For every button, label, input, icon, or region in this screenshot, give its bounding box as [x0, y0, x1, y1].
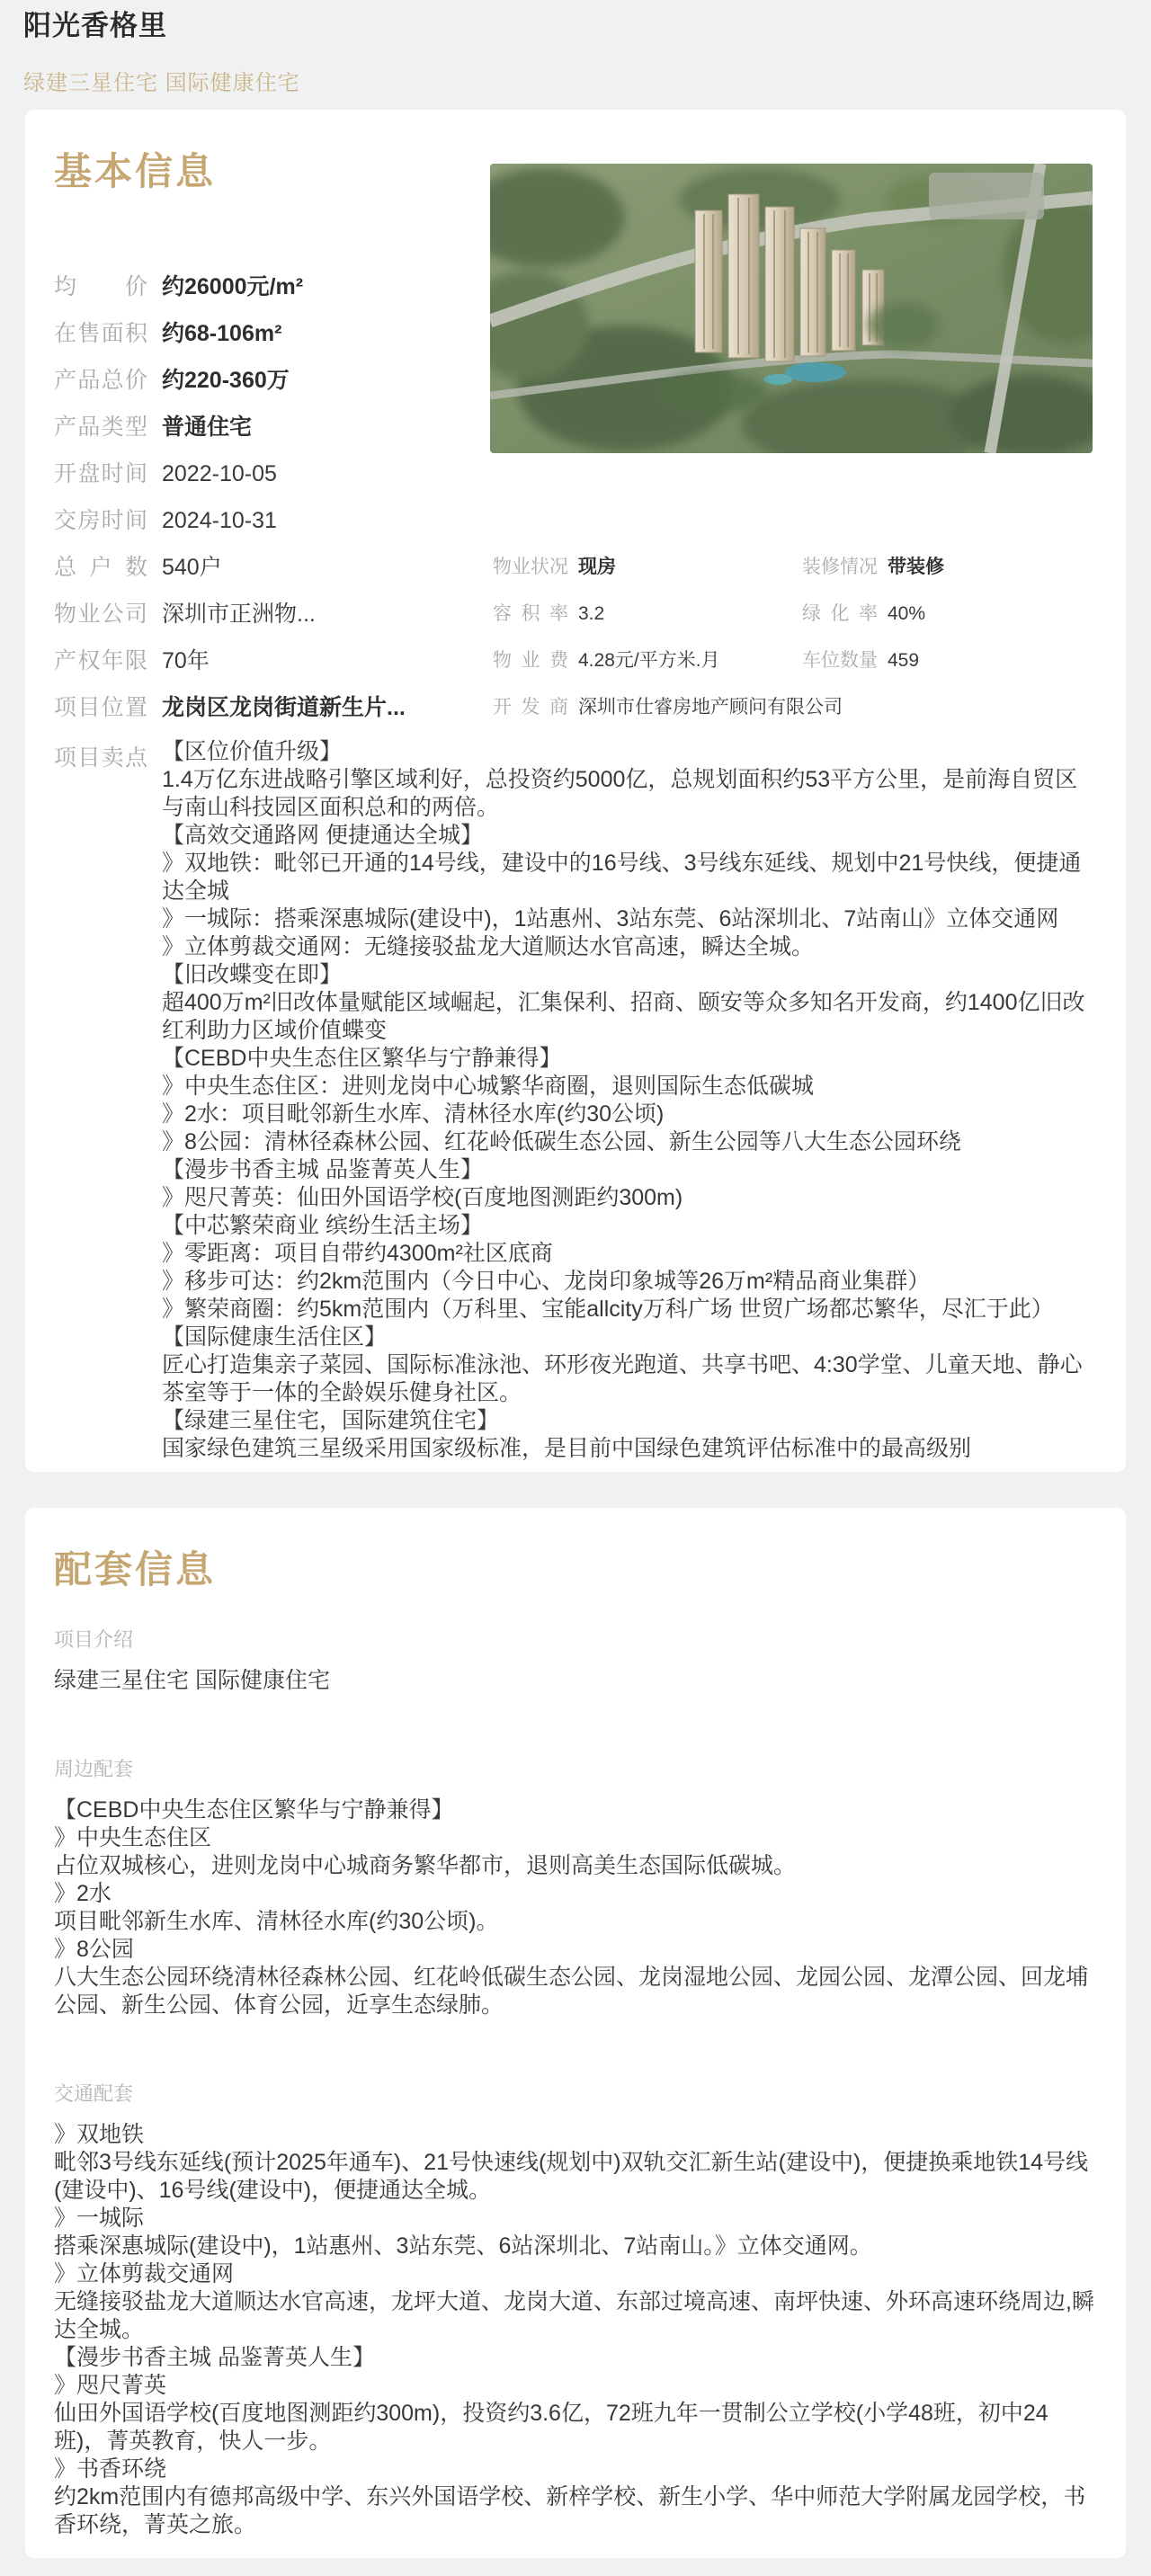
selling-point-line: 【旧改蝶变在即】	[162, 961, 1097, 989]
selling-point-line: 》移步可达：约2km范围内（今日中心、龙岗印象城等26万m²精品商业集群）	[162, 1268, 1097, 1296]
basic-info-row: 项目位置龙岗区龙岗街道新生片...开发商深圳市仕睿房地产顾问有限公司	[54, 682, 1101, 729]
basic-info-row: 物业公司深圳市正洲物...容积率3.2绿化率40%	[54, 589, 1101, 636]
facilities-card: 配套信息 项目介绍绿建三星住宅 国际健康住宅周边配套【CEBD中央生态住区繁华与…	[25, 1508, 1126, 2558]
selling-points-text: 【区位价值升级】1.4万亿东进战略引擎区域利好，总投资约5000亿，总规划面积约…	[162, 738, 1097, 1463]
selling-point-line: 【区位价值升级】	[162, 738, 1097, 766]
field-value: 2024-10-31	[162, 508, 277, 534]
basic-info-row: 开盘时间2022-10-05	[54, 449, 1101, 495]
selling-point-line: 1.4万亿东进战略引擎区域利好，总投资约5000亿，总规划面积约53平方公里，是…	[162, 766, 1097, 822]
selling-point-line: 》中央生态住区：进则龙岗中心城繁华商圈，退则国际生态低碳城	[162, 1073, 1097, 1101]
basic-info-row: 总户数540户物业状况现房装修情况带装修	[54, 542, 1101, 589]
field-cell: 车位数量459	[802, 646, 1101, 673]
selling-points-label: 项目卖点	[54, 738, 147, 772]
field-label: 均价	[54, 269, 147, 301]
field-label: 产权年限	[54, 643, 147, 675]
facility-section-line: 无缝接驳盐龙大道顺达水官高速，龙坪大道、龙岗大道、东部过境高速、南坪快速、外环高…	[54, 2288, 1099, 2344]
field-value: 2022-10-05	[162, 461, 277, 487]
field-value: 约68-106m²	[162, 316, 281, 348]
selling-points-row: 项目卖点【区位价值升级】1.4万亿东进战略引擎区域利好，总投资约5000亿，总规…	[54, 729, 1101, 1463]
basic-info-row: 均价约26000元/m²	[54, 262, 1101, 308]
facility-section-body: 【CEBD中央生态住区繁华与宁静兼得】》中央生态住区占位双城核心，进则龙岗中心城…	[54, 1796, 1099, 2019]
facility-section-line: 项目毗邻新生水库、清林径水库(约30公顷)。	[54, 1908, 1099, 1936]
field-cell: 产品类型普通住宅	[54, 409, 493, 441]
field-value: 普通住宅	[162, 409, 252, 441]
field-value: 深圳市正洲物...	[162, 596, 316, 628]
basic-info-row: 产权年限70年物业费4.28元/平方米.月车位数量459	[54, 636, 1101, 682]
facility-section-label: 周边配套	[54, 1754, 1099, 1782]
field-value: 龙岗区龙岗街道新生片...	[162, 690, 406, 722]
basic-info-fields: 均价约26000元/m²在售面积约68-106m²产品总价约220-360万产品…	[54, 262, 1101, 1463]
selling-point-line: 【漫步书香主城 品鉴菁英人生】	[162, 1156, 1097, 1184]
basic-info-heading: 基本信息	[54, 142, 216, 196]
facility-section-body: 绿建三星住宅 国际健康住宅	[54, 1667, 1099, 1695]
facility-section-label: 交通配套	[54, 2079, 1099, 2107]
field-label: 开发商	[493, 692, 568, 719]
selling-point-line: 》零距离：项目自带约4300m²社区底商	[162, 1240, 1097, 1268]
facility-section-line: 》一城际	[54, 2205, 1099, 2233]
page-subtitle: 绿建三星住宅 国际健康住宅	[23, 65, 1151, 96]
selling-point-line: 》一城际：搭乘深惠城际(建设中)，1站惠州、3站东莞、6站深圳北、7站南山》立体…	[162, 905, 1097, 933]
facility-section: 交通配套》双地铁毗邻3号线东延线(预计2025年通车)、21号快速线(规划中)双…	[54, 2079, 1099, 2539]
selling-point-line: 国家绿色建筑三星级采用国家级标准，是目前中国绿色建筑评估标准中的最高级别	[162, 1435, 1097, 1463]
field-cell: 总户数540户	[54, 549, 493, 582]
field-value: 540户	[162, 549, 222, 582]
field-value: 深圳市仕睿房地产顾问有限公司	[578, 692, 843, 719]
field-label: 交房时间	[54, 503, 147, 535]
field-value: 约220-360万	[162, 362, 290, 395]
field-cell: 物业状况现房	[493, 552, 802, 579]
field-label: 在售面积	[54, 316, 147, 348]
selling-point-line: 【高效交通路网 便捷通达全城】	[162, 822, 1097, 850]
facility-section: 项目介绍绿建三星住宅 国际健康住宅	[54, 1625, 1099, 1695]
selling-point-line: 》立体剪裁交通网：无缝接驳盐龙大道顺达水官高速，瞬达全城。	[162, 933, 1097, 961]
basic-info-card: 基本信息	[25, 110, 1126, 1472]
field-label: 物业费	[493, 646, 568, 673]
field-label: 总户数	[54, 549, 147, 582]
field-cell: 开发商深圳市仕睿房地产顾问有限公司	[493, 692, 802, 719]
field-label: 物业公司	[54, 596, 147, 628]
field-cell: 物业费4.28元/平方米.月	[493, 646, 802, 673]
selling-point-line: 【中芯繁荣商业 缤纷生活主场】	[162, 1212, 1097, 1240]
field-cell: 项目位置龙岗区龙岗街道新生片...	[54, 690, 493, 722]
field-cell: 产品总价约220-360万	[54, 362, 493, 395]
selling-point-line: 匠心打造集亲子菜园、国际标准泳池、环形夜光跑道、共享书吧、4:30学堂、儿童天地…	[162, 1351, 1097, 1407]
field-cell: 在售面积约68-106m²	[54, 316, 493, 348]
field-label: 物业状况	[493, 552, 568, 579]
selling-point-line: 【CEBD中央生态住区繁华与宁静兼得】	[162, 1045, 1097, 1073]
facility-section-line: 绿建三星住宅 国际健康住宅	[54, 1667, 1099, 1695]
basic-info-row: 交房时间2024-10-31	[54, 495, 1101, 542]
field-value: 现房	[578, 552, 616, 579]
facility-section-line: 约2km范围内有德邦高级中学、东兴外国语学校、新梓学校、新生小学、华中师范大学附…	[54, 2483, 1099, 2539]
page-header: 阳光香格里 绿建三星住宅 国际健康住宅	[0, 0, 1151, 96]
field-label: 项目位置	[54, 690, 147, 722]
facility-section-line: 搭乘深惠城际(建设中)，1站惠州、3站东莞、6站深圳北、7站南山。》立体交通网。	[54, 2233, 1099, 2260]
field-cell: 开盘时间2022-10-05	[54, 456, 493, 488]
field-label: 产品总价	[54, 362, 147, 395]
selling-point-line: 》双地铁：毗邻已开通的14号线，建设中的16号线、3号线东延线、规划中21号快线…	[162, 850, 1097, 905]
field-cell: 交房时间2024-10-31	[54, 503, 493, 535]
facility-section-line: 占位双城核心，进则龙岗中心城商务繁华都市，退则高美生态国际低碳城。	[54, 1852, 1099, 1880]
field-label: 容积率	[493, 599, 568, 626]
selling-point-line: 》繁荣商圈：约5km范围内（万科里、宝能allcity万科广场 世贸广场都芯繁华…	[162, 1296, 1097, 1324]
field-value: 带装修	[888, 552, 944, 579]
field-value: 70年	[162, 643, 210, 675]
field-value: 约26000元/m²	[162, 269, 303, 301]
basic-info-row: 产品总价约220-360万	[54, 355, 1101, 402]
facility-section-line: 》中央生态住区	[54, 1824, 1099, 1852]
facilities-heading: 配套信息	[54, 1540, 216, 1594]
facility-section-line: 毗邻3号线东延线(预计2025年通车)、21号快速线(规划中)双轨交汇新生站(建…	[54, 2149, 1099, 2205]
facility-section-line: 》8公园	[54, 1936, 1099, 1964]
field-cell: 容积率3.2	[493, 599, 802, 626]
facility-section-body: 》双地铁毗邻3号线东延线(预计2025年通车)、21号快速线(规划中)双轨交汇新…	[54, 2121, 1099, 2539]
selling-point-line: 【国际健康生活住区】	[162, 1324, 1097, 1351]
field-cell: 产权年限70年	[54, 643, 493, 675]
field-value: 4.28元/平方米.月	[578, 646, 720, 673]
field-value: 40%	[888, 603, 925, 625]
facility-section-line: 》立体剪裁交通网	[54, 2260, 1099, 2288]
basic-info-row: 产品类型普通住宅	[54, 402, 1101, 449]
page-title: 阳光香格里	[23, 9, 1151, 42]
selling-point-line: 超400万m²旧改体量赋能区域崛起，汇集保利、招商、颐安等众多知名开发商，约14…	[162, 989, 1097, 1045]
field-label: 产品类型	[54, 409, 147, 441]
facility-section-line: 》书香环绕	[54, 2456, 1099, 2483]
page: 阳光香格里 绿建三星住宅 国际健康住宅 基本信息	[0, 0, 1151, 2576]
field-label: 绿化率	[802, 599, 878, 626]
facility-section-line: 【CEBD中央生态住区繁华与宁静兼得】	[54, 1796, 1099, 1824]
facility-section-label: 项目介绍	[54, 1625, 1099, 1653]
facility-section-line: 八大生态公园环绕清林径森林公园、红花岭低碳生态公园、龙岗湿地公园、龙园公园、龙潭…	[54, 1964, 1099, 2019]
facility-section-line: 》双地铁	[54, 2121, 1099, 2149]
field-cell: 装修情况带装修	[802, 552, 1101, 579]
facility-section-line: 仙田外国语学校(百度地图测距约300m)，投资约3.6亿，72班九年一贯制公立学…	[54, 2400, 1099, 2456]
field-cell: 均价约26000元/m²	[54, 269, 493, 301]
field-label: 车位数量	[802, 646, 878, 673]
facility-section-line: 》2水	[54, 1880, 1099, 1908]
field-cell: 物业公司深圳市正洲物...	[54, 596, 493, 628]
selling-point-line: 》8公园：清林径森林公园、红花岭低碳生态公园、新生公园等八大生态公园环绕	[162, 1128, 1097, 1156]
field-value: 459	[888, 650, 919, 672]
field-value: 3.2	[578, 603, 604, 625]
facility-section-line: 【漫步书香主城 品鉴菁英人生】	[54, 2344, 1099, 2372]
facilities-sections: 项目介绍绿建三星住宅 国际健康住宅周边配套【CEBD中央生态住区繁华与宁静兼得】…	[54, 1625, 1099, 2539]
selling-point-line: 》2水：项目毗邻新生水库、清林径水库(约30公顷)	[162, 1101, 1097, 1128]
basic-info-row: 在售面积约68-106m²	[54, 308, 1101, 355]
facility-section-line: 》咫尺菁英	[54, 2372, 1099, 2400]
selling-point-line: 【绿建三星住宅，国际建筑住宅】	[162, 1407, 1097, 1435]
facility-section: 周边配套【CEBD中央生态住区繁华与宁静兼得】》中央生态住区占位双城核心，进则龙…	[54, 1754, 1099, 2019]
field-label: 开盘时间	[54, 456, 147, 488]
field-cell: 绿化率40%	[802, 599, 1101, 626]
selling-point-line: 》咫尺菁英：仙田外国语学校(百度地图测距约300m)	[162, 1184, 1097, 1212]
field-label: 装修情况	[802, 552, 878, 579]
